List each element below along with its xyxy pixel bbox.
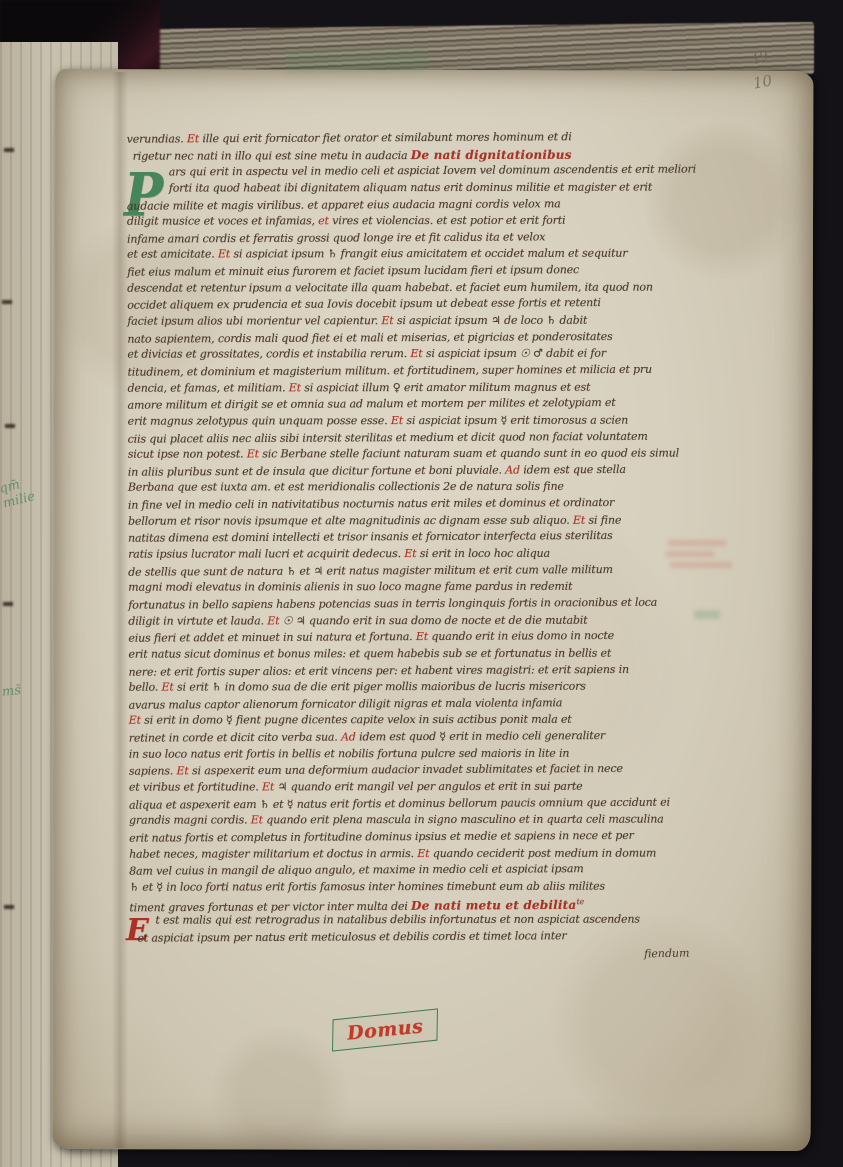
line-segment: erit magnus zelotypus quin unquam posse … <box>128 414 391 428</box>
line-segment: sicut ipse non potest. <box>128 448 247 461</box>
manuscript-line: amore militum et dirigit se et omnia sua… <box>127 395 709 415</box>
manuscript-line: bello. Et si erit ♄ in domo sua de die e… <box>129 679 711 697</box>
manuscript-line: eius fieri et addet et minuet in sui nat… <box>128 628 710 648</box>
manuscript-line: t est malis qui est retrogradus in natal… <box>129 911 711 929</box>
line-segment: ratis ipsius lucrator mali lucri et acqu… <box>128 547 404 561</box>
line-segment: quando ceciderit post medium in domum <box>429 846 656 859</box>
manuscript-line: grandis magni cordis. Et quando erit ple… <box>129 812 711 830</box>
line-segment: ☉ ♃ quando erit in sua domo de nocte et … <box>279 613 587 627</box>
line-segment: diligit musice et voces et infamias, <box>127 214 318 227</box>
line-segment: sic Berbane stelle faciunt naturam suam … <box>259 447 679 461</box>
line-segment: forti ita quod habeat ibi dignitatem ali… <box>169 180 652 194</box>
folio-number-new: 10 <box>752 71 774 92</box>
line-segment: ciis qui placet aliis nec aliis sibi int… <box>128 429 648 445</box>
line-segment: Et <box>161 681 173 694</box>
line-segment: si erit ♄ in domo sua de die erit piger … <box>174 680 586 694</box>
manuscript-line: titudinem, et dominium et magisterium mi… <box>127 361 709 381</box>
manuscript-line: verundias. Et ille qui erit fornicator f… <box>127 128 709 148</box>
line-segment: verundias. <box>127 132 187 145</box>
line-segment: avarus malus captor alienorum fornicator… <box>129 696 563 711</box>
line-segment: et est amicitate. <box>127 248 218 261</box>
line-segment: audacie milite et magis virilibus. et ap… <box>127 197 561 212</box>
line-segment: Berbana que est iuxta am. et est meridio… <box>128 480 564 494</box>
line-segment: si erit in domo ☿ fient pugne dicentes c… <box>141 713 572 727</box>
line-segment: 8am vel cuius in mangil de aliquo angulo… <box>129 862 583 878</box>
line-segment: diligit in virtute et lauda. <box>128 614 267 627</box>
line-segment: Et <box>573 513 585 526</box>
manuscript-line: fiet eius malum et minuit eius furorem e… <box>127 262 709 282</box>
manuscript-line: sicut ipse non potest. Et sic Berbane st… <box>128 446 710 464</box>
domus-label: Domus <box>346 1015 424 1044</box>
line-segment: Et <box>187 132 199 145</box>
line-segment: habet neces, magister militarium et doct… <box>129 847 417 861</box>
line-segment: bello. <box>129 681 162 694</box>
line-segment: si aspiciat ipsum ♃ de loco ♄ dabit <box>393 314 587 327</box>
line-segment: ♃ quando erit mangil vel per angulos et … <box>274 780 582 794</box>
line-segment: quando erit plena mascula in signo mascu… <box>263 813 664 827</box>
line-segment: descendat et retentur ipsum a velocitate… <box>127 280 653 294</box>
manuscript-line: forti ita quod habeat ibi dignitatem ali… <box>127 179 709 197</box>
line-segment: in suo loco natus erit fortis in bellis … <box>129 746 570 760</box>
line-segment: ♄ et ☿ in loco forti natus erit fortis f… <box>129 879 605 893</box>
line-segment: titudinem, et dominium et magisterium mi… <box>127 363 652 379</box>
line-segment: fiet eius malum et minuit eius furorem e… <box>127 263 579 279</box>
line-segment: grandis magni cordis. <box>129 814 251 827</box>
line-segment: natitas dimena est domini intellecti et … <box>128 529 613 545</box>
line-segment: si aspexerit eum una deformium audacior … <box>189 762 623 777</box>
line-segment: Et <box>381 314 393 327</box>
line-segment: de stellis que sunt de natura ♄ et ♃ eri… <box>128 563 613 579</box>
catchword: fiendum <box>644 947 690 961</box>
line-segment: quando erit in eius domo in nocte <box>428 629 614 643</box>
edge-mark <box>2 300 12 304</box>
line-segment: Et <box>262 780 274 793</box>
manuscript-line: ratis ipsius lucrator mali lucri et acqu… <box>128 545 710 563</box>
show-through-green-cartouche <box>286 48 428 73</box>
line-segment: Et <box>417 847 429 860</box>
line-segment: Et <box>391 414 403 427</box>
line-segment: Et <box>218 248 230 261</box>
manuscript-text-block: verundias. Et ille qui erit fornicator f… <box>127 129 712 946</box>
manuscript-line: diligit musice et voces et infamias, et … <box>127 213 709 231</box>
manuscript-line: faciet ipsum alios ubi morientur vel cap… <box>127 312 709 330</box>
manuscript-line: retinet in corde et dicit cito verba sua… <box>129 727 711 747</box>
line-segment: si fine <box>585 513 621 526</box>
line-segment: et <box>318 214 329 227</box>
line-segment: fortunatus in bello sapiens habens poten… <box>128 596 657 612</box>
line-segment: Ad <box>505 463 520 476</box>
manuscript-line: erit natus sicut dominus et bonus miles:… <box>128 645 710 663</box>
gutter-crease <box>112 72 128 1148</box>
line-segment: idem est que stella <box>520 463 626 477</box>
line-segment: Et <box>251 814 263 827</box>
line-segment: rigetur nec nati in illo qui est sine me… <box>133 149 411 163</box>
line-segment: Et <box>410 347 422 360</box>
line-segment: et viribus et fortitudine. <box>129 780 262 793</box>
line-segment: ars qui erit in aspectu vel in medio cel… <box>169 163 696 179</box>
rubric-text: De nati dignitationibus <box>411 147 572 161</box>
line-segment: infame amari cordis et ferratis grossi q… <box>127 230 545 245</box>
line-segment: Et <box>176 765 188 778</box>
margin-note-green-lower: ms̄ <box>1 683 21 700</box>
line-segment: et divicias et grossitates, cordis et in… <box>127 347 410 361</box>
edge-mark <box>3 602 13 606</box>
line-segment: amore militum et dirigit se et omnia sua… <box>127 396 615 412</box>
line-segment: Et <box>416 630 428 643</box>
edge-mark <box>5 424 15 428</box>
line-segment: aliqua et aspexerit eam ♄ et ☿ natus eri… <box>129 795 670 811</box>
manuscript-line: ars qui erit in aspectu vel in medio cel… <box>127 162 709 182</box>
line-segment: sapiens. <box>129 765 177 778</box>
line-segment: Ad <box>341 730 356 743</box>
line-segment: t est malis qui est retrogradus in natal… <box>155 913 639 927</box>
line-segment: Et <box>404 547 416 560</box>
line-segment: si aspiciat ipsum ♄ frangit eius amicita… <box>230 247 627 261</box>
line-segment: retinet in corde et dicit cito verba sua… <box>129 731 341 745</box>
line-segment: dencia, et famas, et militiam. <box>127 381 288 394</box>
line-segment: nere: et erit fortis super alios: et eri… <box>128 662 628 678</box>
line-segment: erit natus fortis et completus in fortit… <box>129 829 634 845</box>
line-segment: te <box>576 898 584 907</box>
edge-mark <box>4 905 14 909</box>
line-segment: et aspiciat ipsum per natus erit meticul… <box>137 929 566 944</box>
line-segment: Et <box>129 714 141 727</box>
line-segment: eius fieri et addet et minuet in sui nat… <box>128 630 416 645</box>
line-segment: si erit in loco hoc aliqua <box>416 547 550 560</box>
line-segment: Et <box>247 448 259 461</box>
line-segment: faciet ipsum alios ubi morientur vel cap… <box>127 314 381 328</box>
line-segment: si aspiciat illum ♀ erit amator militum … <box>301 380 590 394</box>
manuscript-line: et aspiciat ipsum per natus erit meticul… <box>129 927 711 947</box>
line-segment: si aspiciat ipsum ☉ ♂ dabit ei for <box>422 347 605 360</box>
line-segment: Et <box>267 614 279 627</box>
manuscript-line: erit magnus zelotypus quin unquam posse … <box>128 412 710 430</box>
line-segment: bellorum et risor novis ipsumque et alte… <box>128 513 573 527</box>
line-segment: nato sapientem, cordis mali quod fiet ei… <box>127 330 612 346</box>
manuscript-line: erit natus fortis et completus in fortit… <box>129 827 711 847</box>
manuscript-line: 8am vel cuius in mangil de aliquo angulo… <box>129 861 711 881</box>
line-segment: idem est quod ☿ erit in medio celi gener… <box>356 729 605 743</box>
line-segment: ille qui erit fornicator fiet orator et … <box>199 130 572 145</box>
line-segment: erit natus sicut dominus et bonus miles:… <box>128 646 611 660</box>
manuscript-line: in fine vel in medio celi in nativitatib… <box>128 494 710 514</box>
line-segment: Et <box>289 381 301 394</box>
manuscript-line: et viribus et fortitudine. Et ♃ quando e… <box>129 778 711 796</box>
line-segment: vires et violencias. et est potior et er… <box>329 214 566 227</box>
line-segment: occidet aliquem ex prudencia et sua Iovi… <box>127 296 601 312</box>
edge-mark <box>4 148 14 152</box>
line-segment: si aspiciat ipsum ☿ erit timorosus a sci… <box>403 413 628 426</box>
manuscript-line: fortunatus in bello sapiens habens poten… <box>128 594 710 614</box>
manuscript-scan: 19. 10 P E verundias. Et ille qui erit f… <box>0 0 843 1167</box>
line-segment: in aliis pluribus sunt et de insula que … <box>128 463 505 478</box>
line-segment: in fine vel in medio celi in nativitatib… <box>128 496 614 512</box>
line-segment: magni modi elevatus in dominis alienis i… <box>128 580 572 594</box>
